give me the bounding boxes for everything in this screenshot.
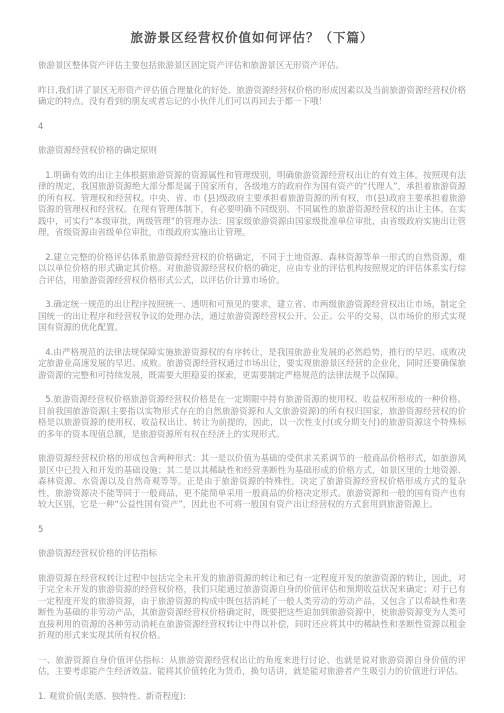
section-4-paragraph-3: 3.确定统一规范的出让程序按照统一、透明和可预见的要求，建立省、市两级旅游资源经…	[38, 300, 466, 335]
section-5-paragraph-3: 1. 观赏价值(美感、独特性、新奇程度):	[38, 692, 466, 704]
section-4-paragraph-2: 2.建立完整的价格评估体系旅游资源经营权的价格确定，不同于土地资源、森林资源等单…	[38, 253, 466, 288]
section-5-heading: 旅游资源经营权价格的评估指标	[38, 549, 466, 561]
section-5-paragraph-1: 旅游资源在经营权转让过程中包括完全未开发的旅游资源的转让和已有一定程度开发的旅游…	[38, 574, 466, 643]
page-title: 旅游景区经营权价值如何评估？（下篇）	[38, 30, 466, 46]
section-4-number: 4	[38, 122, 466, 134]
section-5-paragraph-2: 一、旅游资源自身价值评估指标：从旅游资源经营权出让的角度来进行讨论、也就是说对旅…	[38, 656, 466, 679]
section-4-paragraph-1: 1.明确有效的出让主体根据旅游资源的资源属性和管理级别，明确旅游资源经营权出让的…	[38, 171, 466, 240]
section-4-paragraph-4: 4.由严格规范的法律法规保障实施旅游资源权的有序转让，是我国旅游业发展的必然趋势…	[38, 348, 466, 383]
intro-paragraph-2: 昨日,我们讲了景区无形资产评估值合理量化的好处、旅游资源经营权价格的形成因素以及…	[38, 86, 466, 109]
article-page: 旅游景区经营权价值如何评估？（下篇） 旅游景区整体资产评估主要包括旅游景区固定资…	[0, 0, 504, 713]
section-4-paragraph-6: 旅游资源经营权价格的形成包含两种形式：其一是以价值为基础的受供求关系调节的一般商…	[38, 454, 466, 512]
section-4-paragraph-5: 5.旅游资源经营权价格旅游资源经营权价格是在一定期限中持有旅游资源的使用权、收益…	[38, 395, 466, 441]
section-5-number: 5	[38, 525, 466, 537]
intro-paragraph-1: 旅游景区整体资产评估主要包括旅游景区固定资产评估和旅游景区无形资产评估。	[38, 61, 466, 73]
section-4-heading: 旅游资源经营权价格的确定原则	[38, 146, 466, 158]
